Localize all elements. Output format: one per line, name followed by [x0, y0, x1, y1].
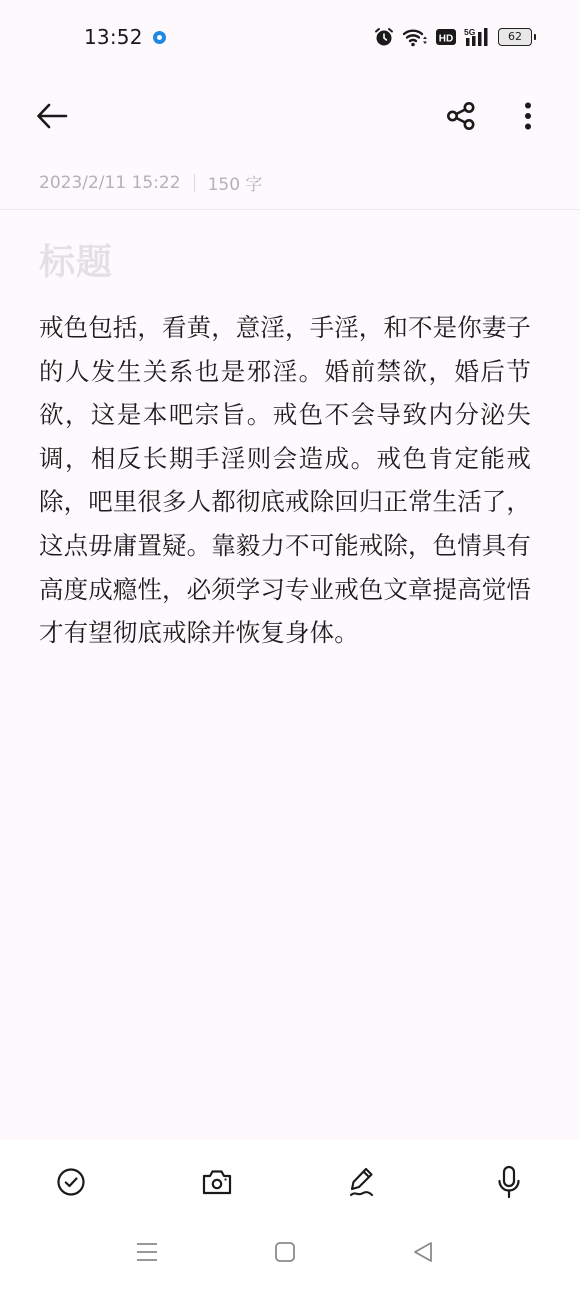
alarm-icon: [374, 27, 394, 47]
note-body-editor[interactable]: 戒色包括，看黄，意淫，手淫，和不是你妻子的人发生关系也是邪淫。婚前禁欲，婚后节欲…: [39, 306, 531, 655]
more-options-button[interactable]: [504, 92, 552, 140]
svg-text:5G: 5G: [464, 27, 476, 37]
notification-dot-icon: [153, 31, 166, 44]
back-arrow-icon: [36, 103, 68, 129]
voice-input-button[interactable]: [485, 1158, 533, 1206]
handwriting-button[interactable]: [339, 1158, 387, 1206]
app-header: [0, 84, 580, 148]
share-icon: [446, 102, 476, 130]
wifi-icon: [402, 27, 428, 47]
word-count: 150 字: [208, 170, 263, 195]
hd-icon: HD: [436, 28, 456, 46]
menu-icon: [136, 1241, 158, 1263]
camera-button[interactable]: [193, 1158, 241, 1206]
status-time: 13:52: [84, 25, 143, 49]
svg-text:HD: HD: [439, 34, 453, 45]
checklist-button[interactable]: [47, 1158, 95, 1206]
status-icons: HD 5G 62: [374, 26, 532, 48]
note-meta: 2023/2/11 15:22 150 字: [39, 170, 262, 195]
more-vertical-icon: [524, 102, 532, 130]
home-button[interactable]: [261, 1234, 309, 1270]
system-nav-bar: [0, 1220, 580, 1289]
meta-divider: [194, 174, 195, 192]
camera-icon: [202, 1168, 232, 1196]
microphone-icon: [496, 1165, 522, 1199]
recents-button[interactable]: [123, 1234, 171, 1270]
note-datetime: 2023/2/11 15:22: [39, 173, 181, 193]
note-title-input[interactable]: 标题: [39, 234, 113, 285]
header-divider: [0, 209, 580, 210]
check-circle-icon: [56, 1167, 86, 1197]
editor-toolbar: [0, 1140, 580, 1220]
share-button[interactable]: [437, 92, 485, 140]
5g-signal-icon: 5G: [464, 27, 490, 47]
notes-editor-screen: 13:52: [0, 0, 580, 1289]
back-button[interactable]: [28, 92, 76, 140]
back-triangle-icon: [412, 1241, 434, 1263]
home-square-icon: [274, 1241, 296, 1263]
battery-icon: 62: [498, 28, 532, 46]
status-bar: 13:52: [0, 0, 580, 72]
system-back-button[interactable]: [399, 1234, 447, 1270]
pen-icon: [348, 1165, 378, 1199]
